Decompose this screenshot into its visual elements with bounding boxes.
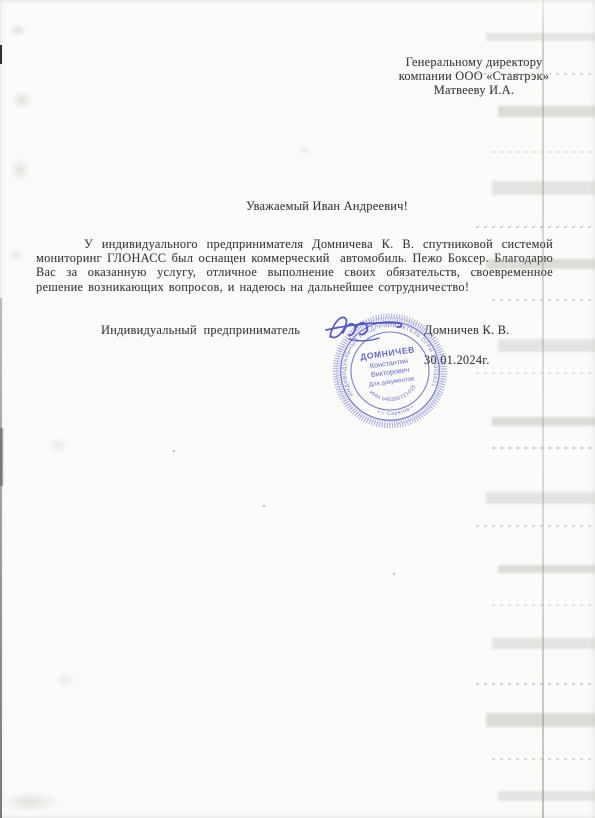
scan-streak: [476, 73, 595, 75]
dust-speck: [393, 573, 395, 575]
scan-smudges: [0, 0, 595, 818]
scan-streak: [476, 683, 595, 685]
recipient-line: Генеральному директору: [393, 55, 555, 69]
handwritten-signature-icon: [318, 310, 412, 350]
scan-streak: [498, 339, 595, 352]
recipient-line: Матвееву И.А.: [393, 83, 555, 97]
scan-streak: [486, 33, 595, 41]
scan-streak: [476, 372, 595, 374]
scan-edge-strip-dark: [0, 428, 3, 486]
scan-streak: [498, 106, 595, 117]
scan-streak: [492, 417, 595, 426]
scan-fold-line: [542, 0, 544, 818]
scan-streak: [476, 525, 595, 527]
scan-streak: [486, 259, 595, 269]
recipient-block: Генеральному директору компании ООО «Ста…: [393, 55, 555, 97]
scan-streak: [492, 604, 595, 606]
dust-speck: [173, 450, 175, 452]
scan-streak: [498, 565, 595, 573]
scan-streak: [492, 151, 595, 153]
scan-edge-mark: [0, 45, 2, 64]
salutation: Уважаемый Иван Андреевич!: [246, 199, 408, 213]
scan-streak: [492, 181, 595, 195]
scan-edge-strip: [0, 298, 2, 818]
signer-role: Индивидуальный предприниматель: [101, 323, 300, 337]
scan-streak: [486, 492, 595, 504]
scan-streak: [492, 447, 595, 449]
scan-streak: [492, 758, 595, 760]
scan-streak: [498, 791, 595, 801]
scan-streak: [492, 299, 595, 301]
letter-body: У индивидуального предпринимателя Домнич…: [36, 237, 553, 294]
scan-streak: [492, 638, 595, 649]
scanned-letter-page: Генеральному директору компании ООО «Ста…: [0, 0, 595, 818]
scan-streak: [486, 713, 595, 727]
scan-streak: [476, 226, 595, 228]
recipient-line: компании ООО «Ставтрэк»: [393, 69, 555, 83]
dust-speck: [263, 505, 265, 507]
